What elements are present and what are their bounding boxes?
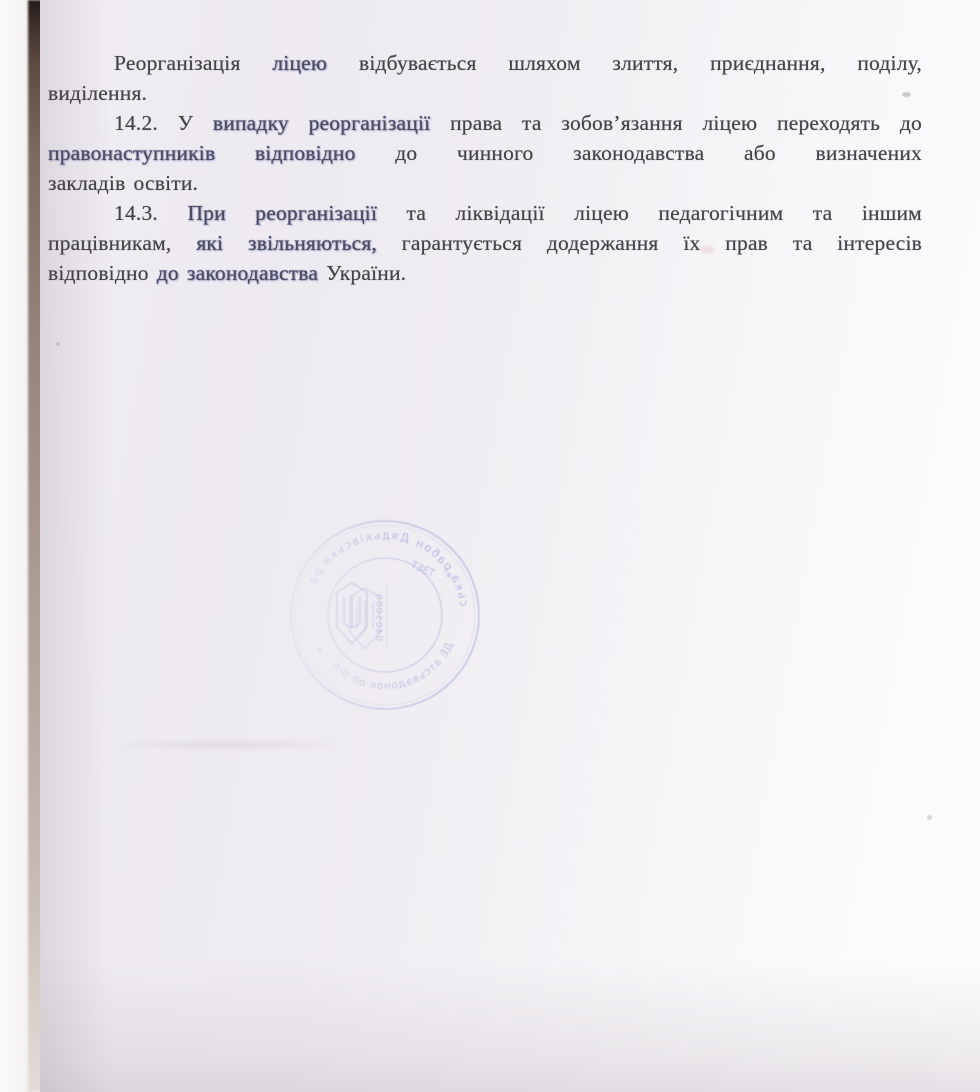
document-text: Реорганізація ліцею відбувається шляхом … bbox=[48, 48, 922, 288]
bleedthrough-smudged-text: ліцею bbox=[272, 51, 327, 75]
scan-speck bbox=[927, 815, 932, 820]
printed-text: до чинного законодавства або визначених bbox=[356, 141, 922, 165]
printed-text: закладів освіти. bbox=[48, 171, 198, 195]
printed-text: 14.3. bbox=[114, 201, 187, 225]
text-line: виділення. bbox=[48, 78, 922, 108]
bleedthrough-smudged-text: При реорганізації bbox=[187, 201, 377, 225]
bleedthrough-smudged-text: правонаступників відповідно bbox=[48, 141, 356, 165]
printed-text: України. bbox=[318, 261, 406, 285]
printed-text: виділення. bbox=[48, 81, 147, 105]
printed-text: та ліквідації ліцею педагогічним та інши… bbox=[377, 201, 922, 225]
text-line: відповідно до законодавства України. bbox=[48, 258, 922, 288]
svg-text:ДЕ атсьвадонок оп оіл: ДЕ атсьвадонок оп оіл bbox=[329, 640, 455, 692]
paragraph: 14.3. При реорганізації та ліквідації лі… bbox=[48, 198, 922, 288]
seal-ring-text-bottom: ДЕ атсьвадонок оп оіл bbox=[329, 640, 455, 692]
paragraph: 14.2. У випадку реорганізації права та з… bbox=[48, 108, 922, 198]
text-line: працівникам, які звільняються, гарантуєт… bbox=[48, 228, 922, 258]
paragraph: Реорганізація ліцею відбувається шляхом … bbox=[48, 48, 922, 108]
seal-outer-ring-2 bbox=[295, 525, 475, 705]
text-line: 14.2. У випадку реорганізації права та з… bbox=[48, 108, 922, 138]
text-line: закладів освіти. bbox=[48, 168, 922, 198]
printed-text: гарантується додержання їх прав та інтер… bbox=[377, 231, 922, 255]
bleedthrough-smudged-text: випадку реорганізації bbox=[213, 111, 430, 135]
printed-text: відповідно bbox=[48, 261, 157, 285]
bleedthrough-smudged-text: які звільняються, bbox=[196, 231, 377, 255]
seal-separator-star: * bbox=[445, 571, 452, 586]
scanner-bed-margin bbox=[0, 0, 30, 1092]
official-seal-bleedthrough: ська рабон Дядьківська ра ДЕ атсьвадонок… bbox=[255, 485, 515, 745]
bleedthrough-smudged-text: до законодавства bbox=[157, 261, 318, 285]
text-line: Реорганізація ліцею відбувається шляхом … bbox=[48, 48, 922, 78]
seal-separator-star: * bbox=[316, 646, 323, 661]
printed-text: права та зобов’язання ліцею переходять д… bbox=[430, 111, 922, 135]
text-line: правонаступників відповідно до чинного з… bbox=[48, 138, 922, 168]
printed-text: працівникам, bbox=[48, 231, 196, 255]
printed-text: 14.2. У bbox=[114, 111, 213, 135]
text-line: 14.3. При реорганізації та ліквідації лі… bbox=[48, 198, 922, 228]
printed-text: відбувається шляхом злиття, приєднання, … bbox=[327, 51, 922, 75]
printed-text: Реорганізація bbox=[114, 51, 272, 75]
scan-speck bbox=[56, 342, 60, 346]
seal-code: 0405000 bbox=[373, 593, 383, 641]
seal-inner-text: ТЗЕТ bbox=[408, 559, 437, 580]
